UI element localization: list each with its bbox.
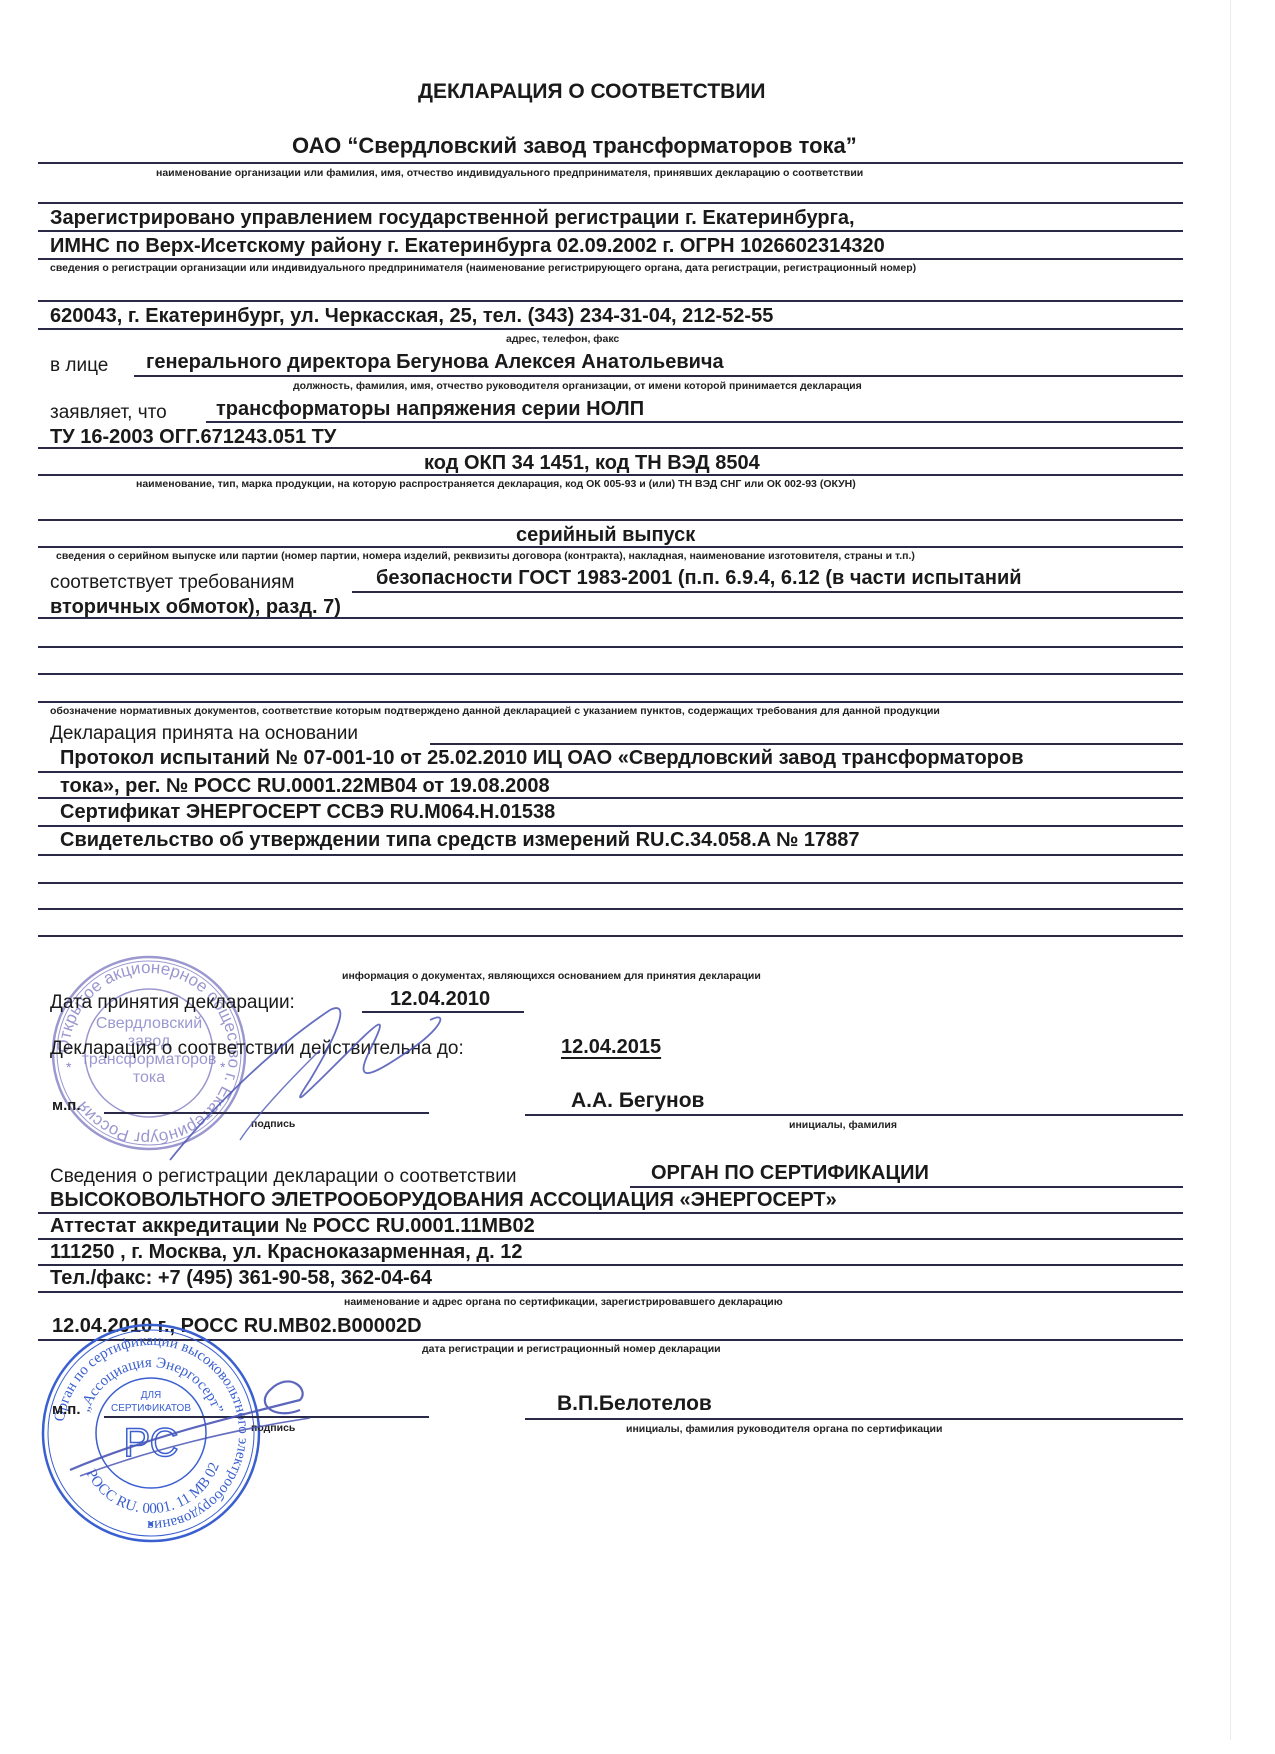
registration-line-2: ИМНС по Верх-Исетскому району г. Екатери…	[50, 235, 885, 258]
signatory-name: А.А. Бегунов	[571, 1089, 704, 1113]
cert-body-label: Сведения о регистрации декларации о соот…	[50, 1166, 516, 1188]
name-line	[525, 1114, 1183, 1116]
document-title: ДЕКЛАРАЦИЯ О СООТВЕТСТВИИ	[418, 80, 766, 104]
rule	[38, 771, 1183, 773]
cert-body-line-2: ВЫСОКОВОЛЬТНОГО ЭЛЕТРООБОРУДОВАНИЯ АССОЦ…	[50, 1189, 837, 1212]
rule	[38, 854, 1183, 856]
requirements-line-1: безопасности ГОСТ 1983-2001 (п.п. 6.9.4,…	[376, 567, 1022, 590]
rule	[38, 1291, 1183, 1293]
representative-label: в лице	[50, 355, 108, 377]
rule	[38, 1264, 1183, 1266]
registration-line-1: Зарегистрировано управлением государстве…	[50, 207, 855, 230]
organization-name: ОАО “Свердловский завод трансформаторов …	[292, 133, 857, 159]
rule	[38, 646, 1183, 648]
rule	[352, 591, 1183, 593]
product-line-2: ТУ 16-2003 ОГГ.671243.051 ТУ	[50, 426, 336, 449]
rule	[630, 1186, 1183, 1188]
basis-line-4: Свидетельство об утверждении типа средст…	[60, 829, 859, 852]
head-name: В.П.Белотелов	[557, 1392, 712, 1416]
rule	[38, 328, 1183, 330]
representative-value: генерального директора Бегунова Алексея …	[146, 351, 724, 374]
page-edge	[1230, 0, 1231, 1740]
product-caption: наименование, тип, марка продукции, на к…	[136, 478, 856, 490]
cert-body-caption: наименование и адрес органа по сертифика…	[344, 1296, 783, 1308]
cert-body-line-3: Аттестат аккредитации № РОСС RU.0001.11М…	[50, 1215, 535, 1238]
rule	[38, 546, 1183, 548]
registration-caption: сведения о регистрации организации или и…	[50, 262, 916, 274]
rule	[38, 908, 1183, 910]
organization-caption: наименование организации или фамилия, им…	[156, 167, 863, 179]
rule	[38, 797, 1183, 799]
product-line-3: код ОКП 34 1451, код ТН ВЭД 8504	[424, 452, 760, 475]
batch-value: серийный выпуск	[516, 524, 695, 547]
basis-label: Декларация принята на основании	[50, 723, 358, 745]
rule	[38, 230, 1183, 232]
rule	[206, 421, 1183, 423]
rule	[38, 1212, 1183, 1214]
basis-caption: информация о документах, являющихся осно…	[342, 970, 761, 982]
rule	[38, 617, 1183, 619]
basis-line-3: Сертификат ЭНЕРГОСЕРТ ССВЭ RU.М064.Н.015…	[60, 801, 555, 824]
requirements-label: соответствует требованиям	[50, 572, 295, 594]
rule	[38, 162, 1183, 164]
svg-text:*: *	[66, 1059, 72, 1075]
signature-1	[150, 990, 480, 1170]
rule	[38, 882, 1183, 884]
rule	[134, 375, 1183, 377]
basis-line-1: Протокол испытаний № 07-001-10 от 25.02.…	[60, 747, 1024, 770]
batch-caption: сведения о серийном выпуске или партии (…	[56, 550, 915, 562]
address-value: 620043, г. Екатеринбург, ул. Черкасская,…	[50, 305, 773, 328]
name-caption-2: инициалы, фамилия руководителя органа по…	[626, 1423, 942, 1435]
rule	[430, 743, 1183, 745]
product-label: заявляет, что	[50, 402, 167, 424]
representative-caption: должность, фамилия, имя, отчество руково…	[293, 380, 862, 392]
rule	[38, 1238, 1183, 1240]
rule	[38, 474, 1183, 476]
reg-number-caption: дата регистрации и регистрационный номер…	[422, 1343, 721, 1355]
rule	[38, 447, 1183, 449]
rule	[38, 202, 1183, 204]
cert-body-line-1: ОРГАН ПО СЕРТИФИКАЦИИ	[651, 1162, 929, 1185]
cert-body-line-5: Тел./факс: +7 (495) 361-90-58, 362-04-64	[50, 1267, 432, 1290]
requirements-line-2: вторичных обмоток), разд. 7)	[50, 596, 341, 619]
product-line-1: трансформаторы напряжения серии НОЛП	[216, 398, 644, 421]
date-valid-value: 12.04.2015	[561, 1036, 661, 1059]
basis-line-2: тока», рег. № РОСС RU.0001.22МВ04 от 19.…	[60, 775, 550, 798]
rule	[38, 673, 1183, 675]
rule	[38, 300, 1183, 302]
address-caption: адрес, телефон, факс	[506, 333, 619, 345]
rule	[38, 825, 1183, 827]
rule	[38, 701, 1183, 703]
stamp-place-label: м.п.	[52, 1097, 81, 1114]
name-line-2	[525, 1418, 1183, 1420]
rule	[38, 935, 1183, 937]
rule	[38, 258, 1183, 260]
requirements-caption: обозначение нормативных документов, соот…	[50, 705, 940, 717]
rule	[38, 519, 1183, 521]
cert-body-line-4: 111250 , г. Москва, ул. Красноказарменна…	[50, 1241, 522, 1264]
name-caption: инициалы, фамилия	[789, 1119, 897, 1131]
signature-2	[60, 1360, 340, 1480]
